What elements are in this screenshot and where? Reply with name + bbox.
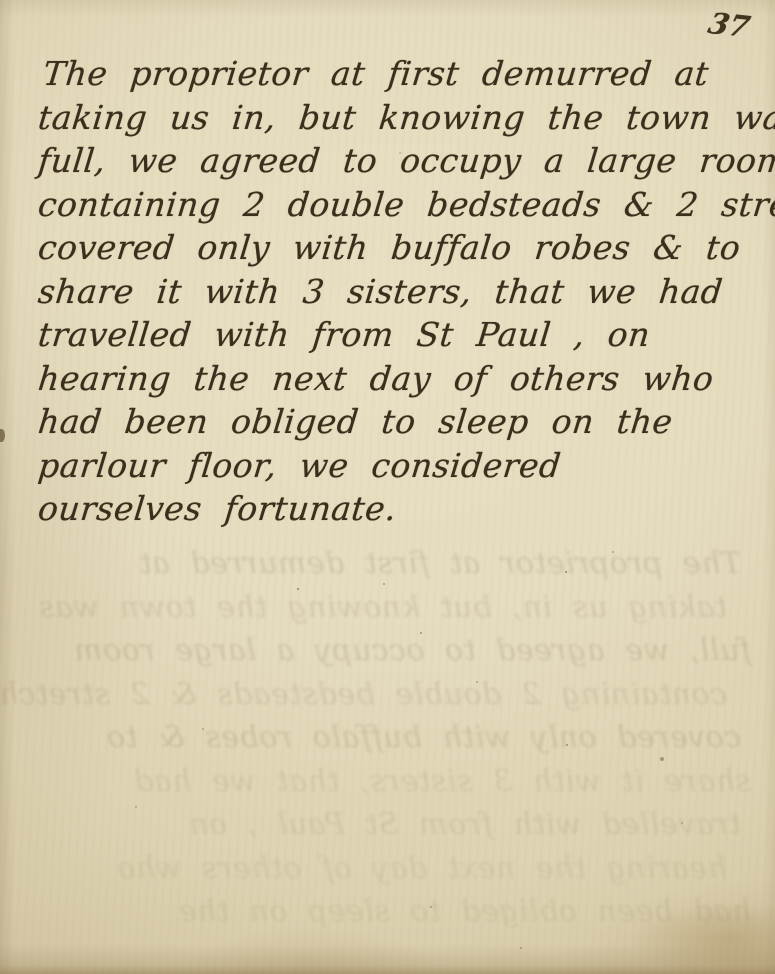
manuscript-line: taking us in, but knowing the town was <box>36 96 775 140</box>
manuscript-line: The proprietor at first demurred at <box>36 52 775 96</box>
bleedthrough-line: The proprietor at first demurred at <box>0 542 775 586</box>
bleedthrough-line: containing 2 double bedsteads & 2 stretc… <box>0 673 761 717</box>
bleedthrough-line: travelled with from St Paul , on <box>0 803 775 847</box>
bleedthrough-line: covered only with buffalo robes & to <box>0 716 775 760</box>
manuscript-text: The proprietor at first demurred at taki… <box>36 52 775 531</box>
manuscript-line: had been obliged to sleep on the <box>36 400 775 444</box>
manuscript-line: travelled with from St Paul , on <box>36 313 775 357</box>
manuscript-line: hearing the next day of others who <box>36 357 775 401</box>
bleedthrough-line: had been obliged to sleep on the <box>10 890 775 934</box>
bleedthrough-line: full, we agreed to occupy a large room <box>10 629 775 673</box>
bleedthrough-text: The proprietor at first demurred at taki… <box>0 542 775 934</box>
manuscript-line: containing 2 double bedsteads & 2 stretc… <box>36 183 775 227</box>
manuscript-line: covered only with buffalo robes & to <box>36 226 775 270</box>
manuscript-page: 37 The proprietor at first demurred at t… <box>0 0 775 974</box>
manuscript-line: full, we agreed to occupy a large room <box>36 139 775 183</box>
page-number: 37 <box>705 6 753 44</box>
foxing-specks <box>0 0 2 2</box>
bleedthrough-line: taking us in, but knowing the town was <box>0 586 761 630</box>
bleedthrough-line: hearing the next day of others who <box>0 847 761 891</box>
manuscript-line: share it with 3 sisters, that we had <box>36 270 775 314</box>
page-edge-nick <box>0 429 5 442</box>
manuscript-line: parlour floor, we considered <box>36 444 775 488</box>
manuscript-line: ourselves fortunate. <box>36 487 775 531</box>
bleedthrough-line: share it with 3 sisters, that we had <box>10 760 775 804</box>
